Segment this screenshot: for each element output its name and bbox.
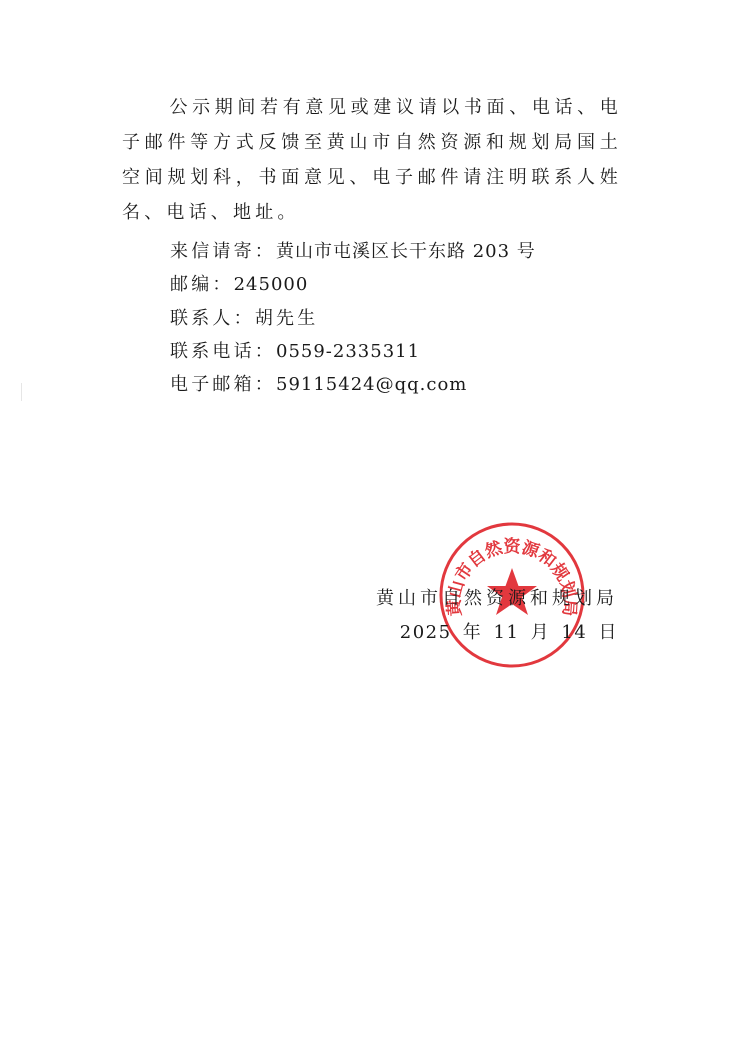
contact-phone-label: 联系电话： [170, 341, 276, 362]
signature-date: 2025 年 11 月 14 日 [400, 621, 618, 645]
contact-postcode-value: 245000 [234, 274, 309, 295]
contact-address-label: 来信请寄： [170, 241, 276, 262]
contact-person-label: 联系人： [170, 308, 255, 329]
contact-email-value: 59115424@qq.com [276, 374, 467, 395]
contact-postcode: 邮编：245000 [170, 273, 308, 297]
contact-person: 联系人：胡先生 [170, 307, 318, 331]
signature-organization: 黄山市自然资源和规划局 [376, 587, 618, 611]
contact-address-value: 黄山市屯溪区长干东路 203 号 [276, 241, 536, 262]
scan-artifact [21, 383, 22, 401]
contact-email-label: 电子邮箱： [170, 374, 276, 395]
contact-email: 电子邮箱：59115424@qq.com [170, 373, 467, 397]
notice-paragraph: 公示期间若有意见或建议请以书面、电话、电子邮件等方式反馈至黄山市自然资源和规划局… [122, 90, 622, 230]
notice-text: 公示期间若有意见或建议请以书面、电话、电子邮件等方式反馈至黄山市自然资源和规划局… [122, 97, 622, 223]
contact-phone: 联系电话：0559-2335311 [170, 340, 420, 364]
contact-phone-value: 0559-2335311 [276, 341, 420, 362]
contact-address: 来信请寄：黄山市屯溪区长干东路 203 号 [170, 240, 536, 264]
contact-postcode-label: 邮编： [170, 274, 234, 295]
contact-person-value: 胡先生 [255, 308, 319, 329]
document-page: 公示期间若有意见或建议请以书面、电话、电子邮件等方式反馈至黄山市自然资源和规划局… [0, 0, 740, 1047]
